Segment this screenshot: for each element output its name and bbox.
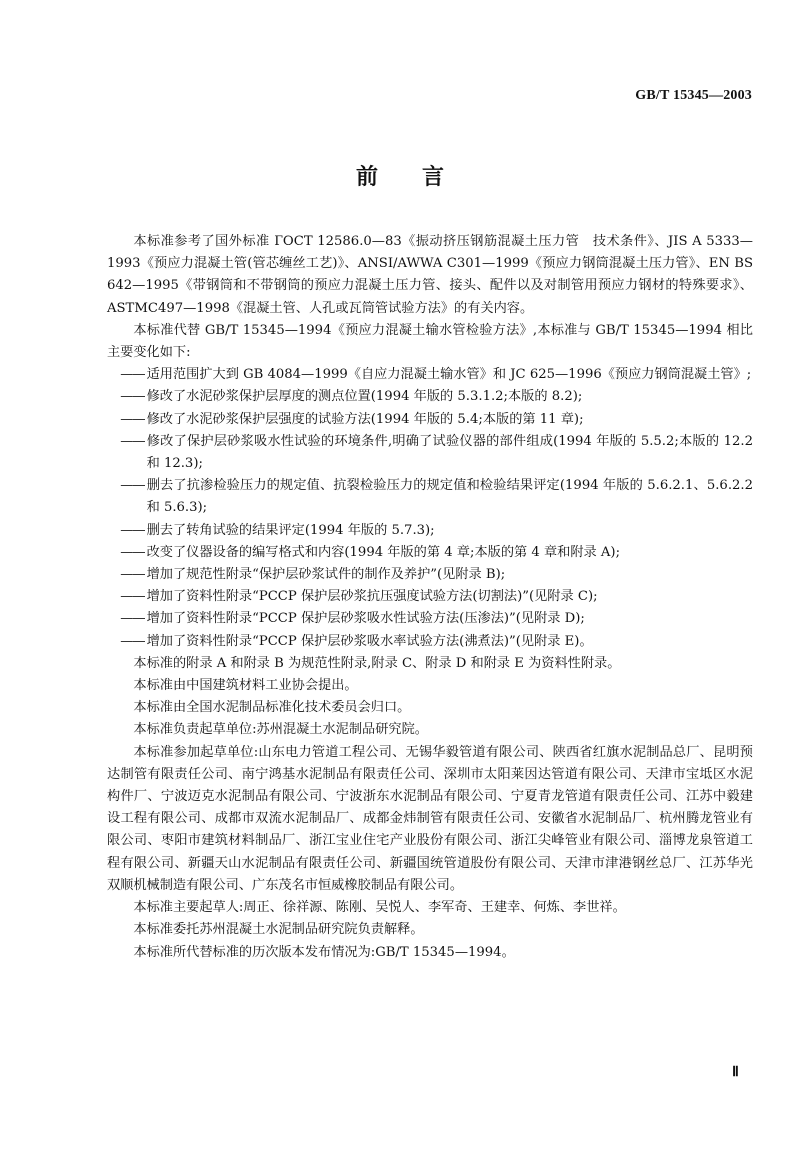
change-item: ——修改了保护层砂浆吸水性试验的环境条件,明确了试验仪器的部件组成(1994 年… <box>120 431 753 475</box>
change-item: ——删去了转角试验的结果评定(1994 年版的 5.7.3); <box>120 520 753 542</box>
dash-marker: —— <box>120 386 146 408</box>
change-item: ——增加了资料性附录“PCCP 保护层砂浆抗压强度试验方法(切割法)”(见附录 … <box>120 586 753 608</box>
dash-marker: —— <box>120 586 146 608</box>
paragraph-replaces: 本标准代替 GB/T 15345—1994《预应力混凝土输水管检验方法》,本标准… <box>107 320 753 364</box>
change-item: ——增加了资料性附录“PCCP 保护层砂浆吸水性试验方法(压渗法)”(见附录 D… <box>120 608 753 630</box>
paragraph-proposer: 本标准由中国建筑材料工业协会提出。 <box>107 675 753 697</box>
page-title: 前言 <box>0 160 800 191</box>
dash-marker: —— <box>120 431 146 453</box>
paragraph-main-drafters: 本标准主要起草人:周正、徐祥源、陈刚、吴悦人、李军奇、王建幸、何炼、李世祥。 <box>107 897 753 919</box>
paragraph-annexes: 本标准的附录 A 和附录 B 为规范性附录,附录 C、附录 D 和附录 E 为资… <box>107 653 753 675</box>
paragraph-history: 本标准所代替标准的历次版本发布情况为:GB/T 15345—1994。 <box>107 942 753 964</box>
paragraph-participating-drafters: 本标准参加起草单位:山东电力管道工程公司、无锡华毅管道有限公司、陕西省红旗水泥制… <box>107 742 753 897</box>
dash-marker: —— <box>120 475 146 497</box>
dash-marker: —— <box>120 608 146 630</box>
dash-marker: —— <box>120 364 146 386</box>
paragraph-interpretation: 本标准委托苏州混凝土水泥制品研究院负责解释。 <box>107 919 753 941</box>
paragraph-administrator: 本标准由全国水泥制品标准化技术委员会归口。 <box>107 697 753 719</box>
change-item: ——删去了抗渗检验压力的规定值、抗裂检验压力的规定值和检验结果评定(1994 年… <box>120 475 753 519</box>
page-number: Ⅱ <box>732 1064 739 1081</box>
standard-code: GB/T 15345—2003 <box>635 88 752 104</box>
dash-marker: —— <box>120 564 146 586</box>
dash-marker: —— <box>120 542 146 564</box>
change-item: ——修改了水泥砂浆保护层强度的试验方法(1994 年版的 5.4;本版的第 11… <box>120 409 753 431</box>
dash-marker: —— <box>120 520 146 542</box>
paragraph-lead-drafter: 本标准负责起草单位:苏州混凝土水泥制品研究院。 <box>107 719 753 741</box>
dash-marker: —— <box>120 409 146 431</box>
change-item: ——修改了水泥砂浆保护层厚度的测点位置(1994 年版的 5.3.1.2;本版的… <box>120 386 753 408</box>
foreword-body: 本标准参考了国外标准 ГОСТ 12586.0—83《振动挤压钢筋混凝土压力管 … <box>107 231 753 964</box>
dash-marker: —— <box>120 631 146 653</box>
change-item: ——适用范围扩大到 GB 4084—1999《自应力混凝土输水管》和 JC 62… <box>120 364 753 386</box>
change-item: ——改变了仪器设备的编写格式和内容(1994 年版的第 4 章;本版的第 4 章… <box>120 542 753 564</box>
change-item: ——增加了资料性附录“PCCP 保护层砂浆吸水率试验方法(沸煮法)”(见附录 E… <box>120 631 753 653</box>
paragraph-references: 本标准参考了国外标准 ГОСТ 12586.0—83《振动挤压钢筋混凝土压力管 … <box>107 231 753 320</box>
change-item: ——增加了规范性附录“保护层砂浆试件的制作及养护”(见附录 B); <box>120 564 753 586</box>
